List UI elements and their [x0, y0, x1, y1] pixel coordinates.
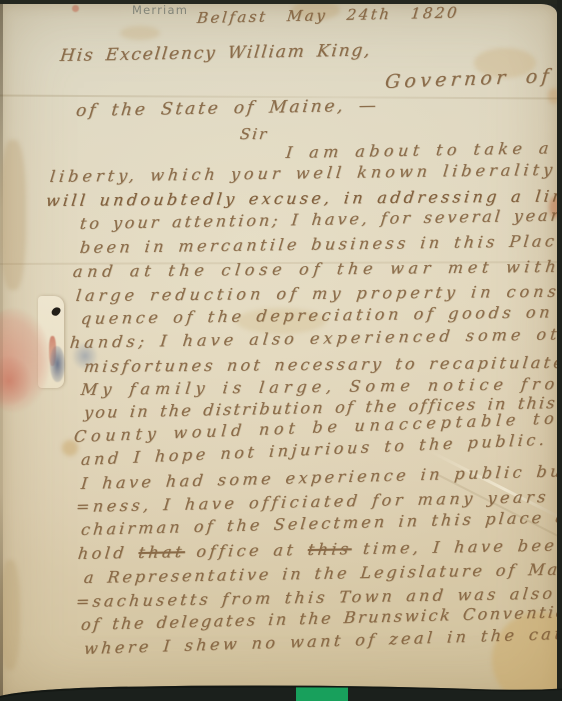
letter-lines: Belfast May 24th 1820His Excellency Will… — [0, 0, 562, 701]
letter-line-body: quence of the depreciation of goods on m… — [80, 302, 562, 328]
letter-line-body: hold that office at this time, I have be… — [77, 535, 562, 563]
letter-line-recipient-title: Governor of — [384, 65, 554, 93]
scan-right-border — [557, 0, 562, 701]
paper-left-edge — [0, 0, 3, 701]
letter-line-recipient: His Excellency William King, — [59, 41, 372, 66]
letter-line-body: liberty, which your well known liberalit… — [49, 160, 557, 186]
letter-line-salutation: Sir — [239, 125, 269, 143]
letter-line-body: and at the close of the war met with a — [72, 257, 562, 281]
letter-line-body: I am about to take a — [285, 138, 554, 162]
struck-word: that — [138, 542, 186, 562]
letter-line-body: been in mercantile business in this Plac… — [79, 231, 562, 257]
letter-line-body: a Representative in the Legislature of M… — [83, 559, 562, 587]
scan-top-border — [0, 0, 562, 4]
green-bookmark-tab — [296, 687, 348, 701]
letter-line-body: large reduction of my property in conse= — [75, 282, 562, 305]
letter-line-dateline: Belfast May 24th 1820 — [196, 4, 460, 27]
letter-line-body: to your attention; I have, for several y… — [79, 205, 562, 233]
struck-word: this — [307, 539, 353, 559]
scanned-letter-image: Merriam Belfast May 24th 1820His Excelle… — [0, 0, 562, 701]
scanner-bed-edge — [0, 681, 562, 701]
letter-line-body: hands; I have also experienced some othe… — [69, 324, 562, 352]
letter-line-body: misfortunes not necessary to recapitulat… — [83, 353, 562, 376]
letter-line-recipient-title: of the State of Maine, — — [75, 96, 380, 121]
